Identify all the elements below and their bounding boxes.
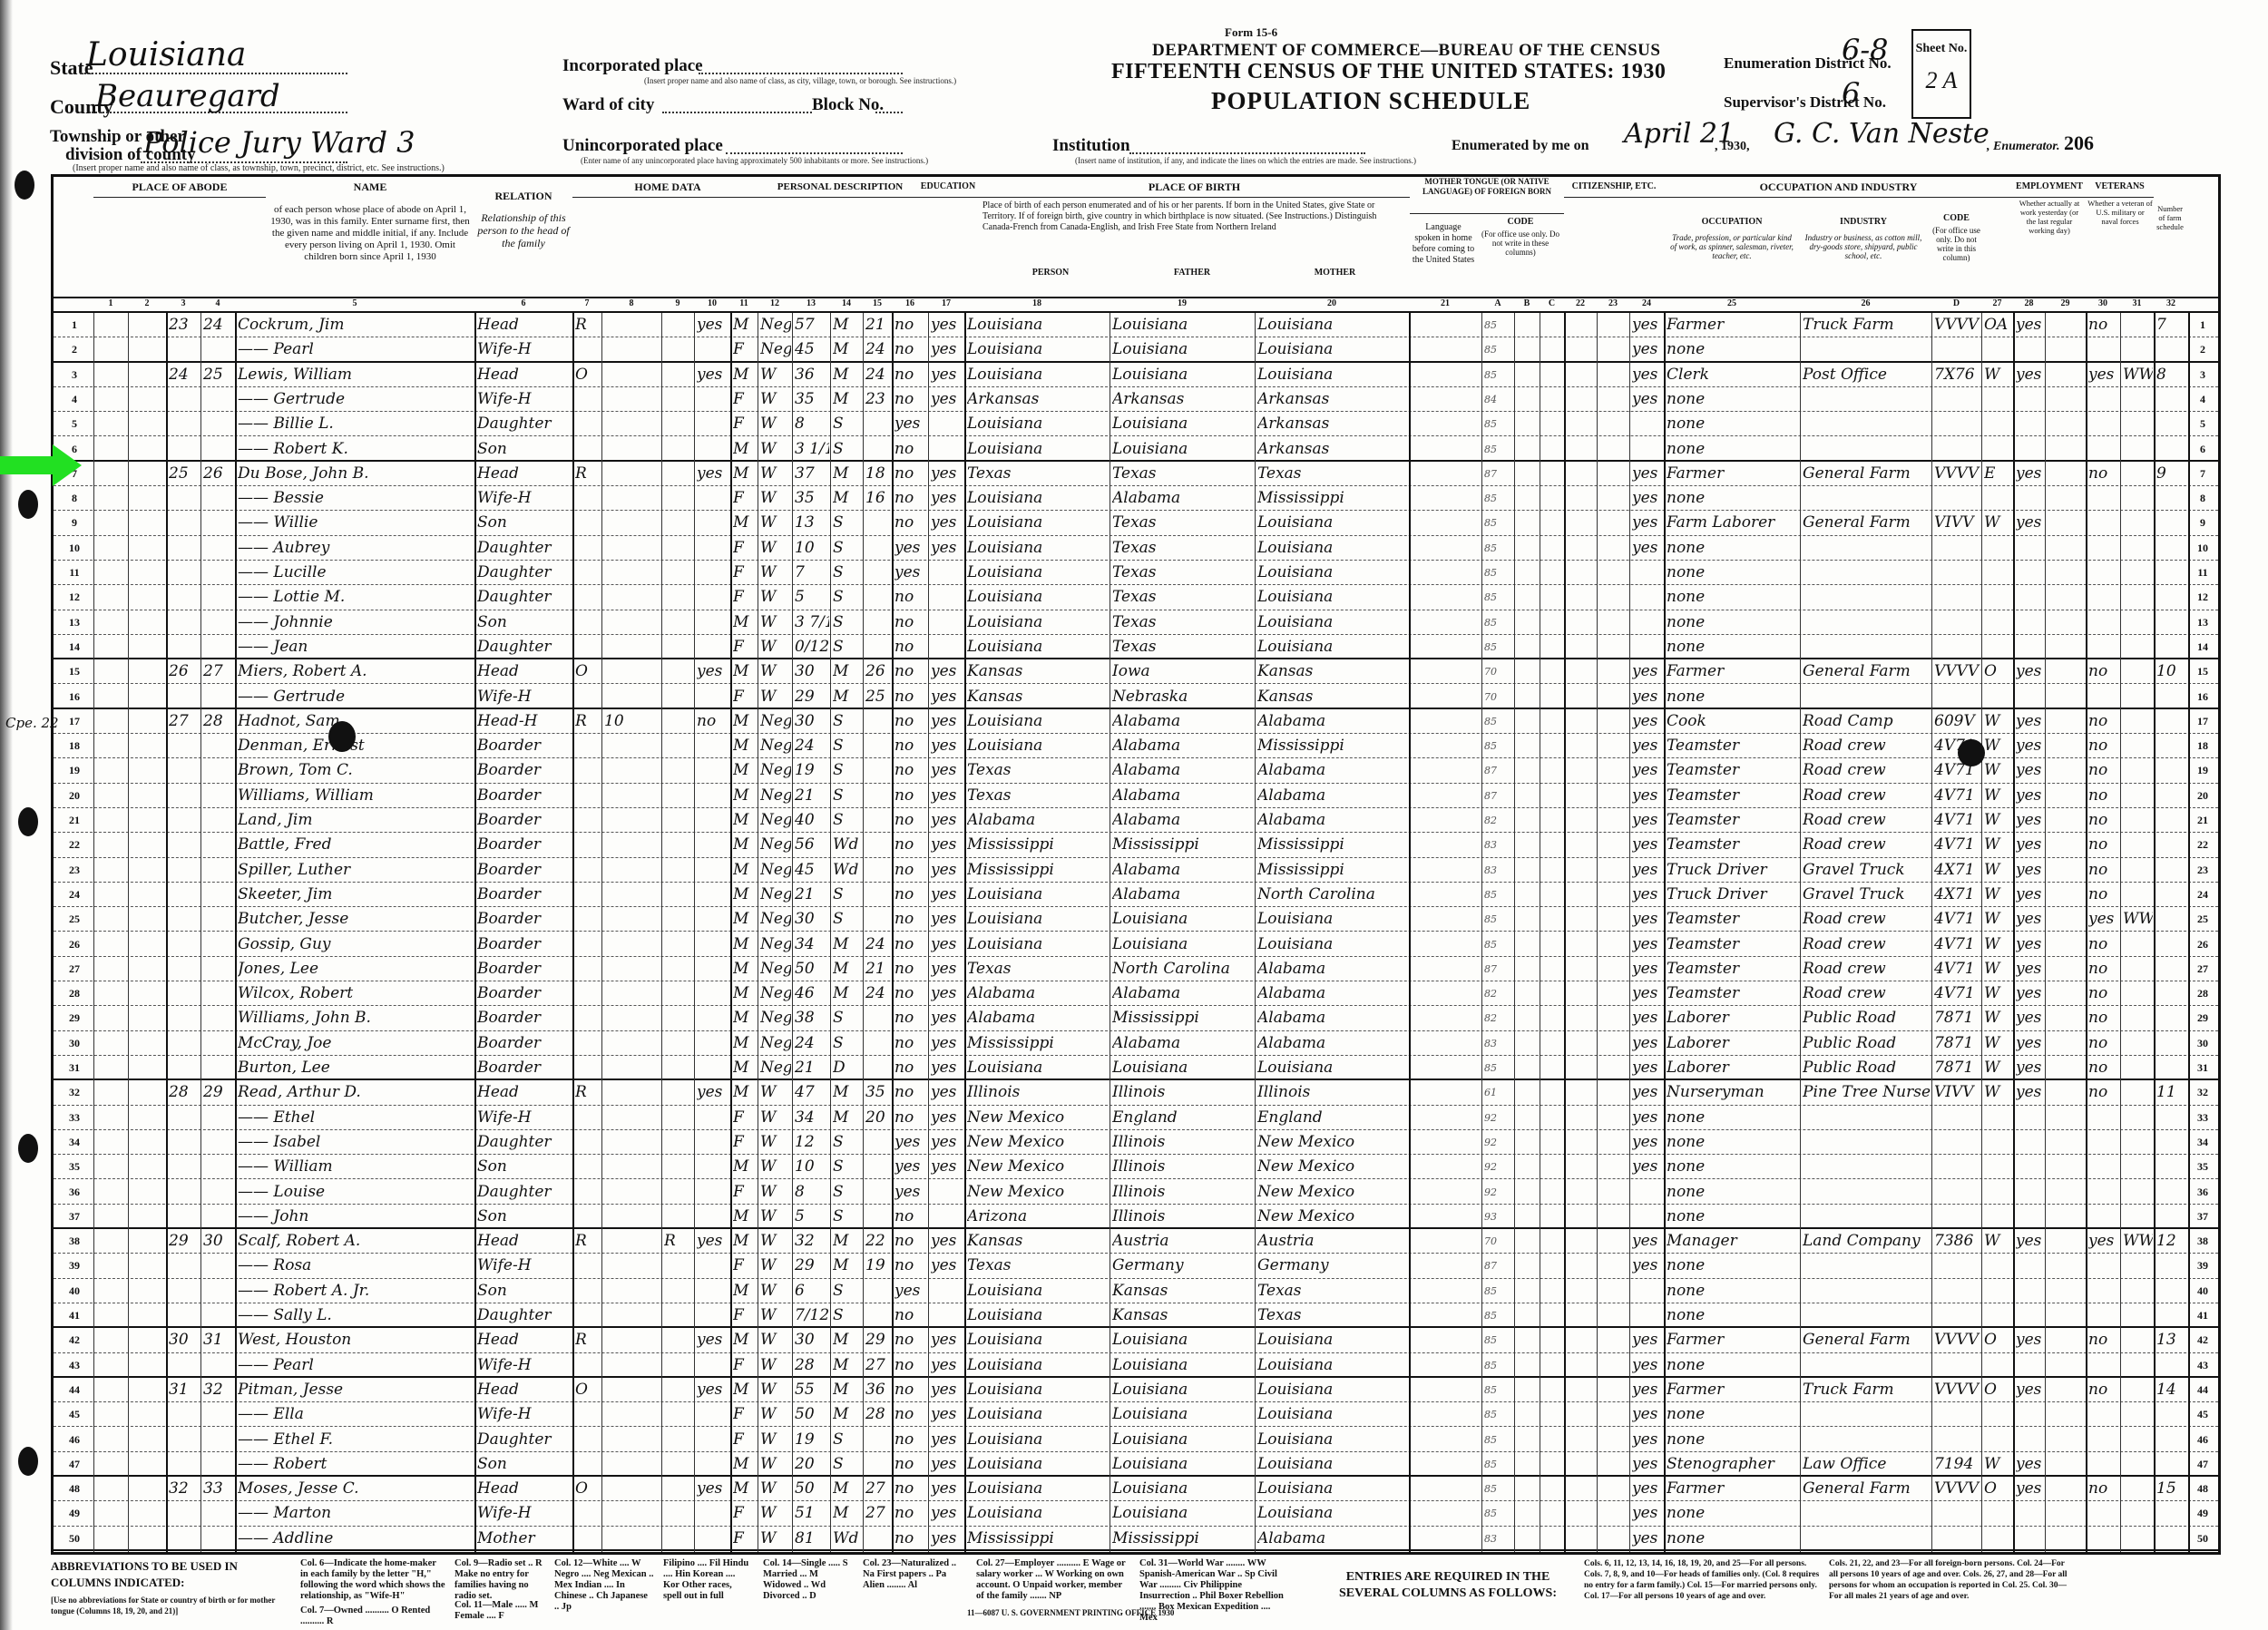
cell-radio: [664, 1155, 693, 1178]
cell-class: [1984, 1353, 2012, 1376]
cell-industry: [1803, 536, 1931, 560]
cell-age: 57: [795, 313, 829, 337]
cell-radio: [664, 1130, 693, 1154]
cell-marital: S: [833, 808, 862, 832]
cell-code-a: 87: [1484, 957, 1513, 981]
cell-at-work: [2016, 1501, 2044, 1525]
township-note: (Insert proper name and also name of cla…: [73, 163, 445, 173]
column-divider: [1255, 313, 1256, 1552]
cell-family: [203, 1353, 234, 1376]
cell-code-a: 85: [1484, 932, 1513, 956]
cell-code: 7871: [1934, 1031, 1980, 1055]
column-divider: [928, 313, 929, 1552]
cell-race: W: [760, 1477, 791, 1500]
cell-dwelling: [169, 883, 200, 906]
cell-dwelling: [169, 1254, 200, 1277]
col-person: PERSON: [982, 268, 1119, 278]
cell-war: [2123, 709, 2153, 733]
cell-radio: [664, 1378, 693, 1401]
column-number: 32: [2154, 297, 2188, 311]
cell-family: [203, 1428, 234, 1451]
cell-mother: England: [1257, 1106, 1408, 1129]
cell-code-a: 85: [1484, 907, 1513, 931]
cell-mother: Alabama: [1257, 808, 1408, 832]
sheet-value: 2 A: [1913, 67, 1970, 94]
cell-dwelling: [169, 585, 200, 609]
cell-race: W: [760, 659, 791, 683]
cell-owned: [575, 1031, 601, 1055]
cell-class: [1984, 1205, 2012, 1227]
township-value: Police Jury Ward 3: [143, 125, 415, 160]
cell-mother: Mississippi: [1257, 486, 1408, 510]
cell-race: Neg: [760, 313, 791, 337]
cell-at-work: [2016, 585, 2044, 609]
binding-hole: [18, 1134, 38, 1163]
footer-col23: Col. 23—Naturalized .. Na First papers .…: [863, 1558, 963, 1591]
cell-dwelling: [169, 1303, 200, 1326]
cell-value: [604, 610, 660, 634]
cell-family: [203, 808, 234, 832]
cell-name: Skeeter, Jim: [238, 883, 474, 906]
cell-dwelling: [169, 932, 200, 956]
cell-vet: [2088, 486, 2119, 510]
cell-mother: Louisiana: [1257, 610, 1408, 634]
cell-radio: [664, 907, 693, 931]
cell-mother: Arkansas: [1257, 412, 1408, 435]
column-number: 2: [128, 297, 166, 311]
cell-farm-sched: [2156, 883, 2187, 906]
column-number: 20: [1255, 297, 1409, 311]
cell-industry: Road crew: [1803, 734, 1931, 757]
cell-age-marriage: 27: [865, 1477, 891, 1500]
cell-line: 42: [56, 1328, 93, 1352]
cell-read: yes: [931, 1006, 963, 1030]
cell-relation: Boarder: [477, 1056, 572, 1079]
cell-father: Louisiana: [1112, 313, 1254, 337]
cell-code-a: 85: [1484, 883, 1513, 906]
cell-speak: yes: [1632, 536, 1663, 560]
cell-radio: [664, 610, 693, 634]
cell-family: 25: [203, 363, 234, 386]
cell-value: [604, 1130, 660, 1154]
cell-relation: Son: [477, 1279, 572, 1303]
cell-code-a: 85: [1484, 337, 1513, 360]
cell-farm: [697, 1031, 729, 1055]
cell-class: O: [1984, 659, 2012, 683]
cell-farm-sched: [2156, 437, 2187, 460]
table-row: 6—— Robert K.SonMW3 1/12SnoLouisianaLoui…: [54, 437, 2218, 462]
cell-code-a: 87: [1484, 462, 1513, 485]
cell-line: 5: [2191, 412, 2214, 435]
margin-note: Cpe. 22: [5, 715, 59, 731]
cell-owned: [575, 387, 601, 411]
cell-occupation: none: [1667, 337, 1799, 360]
cell-age: 34: [795, 1106, 829, 1129]
cell-class: W: [1984, 957, 2012, 981]
cell-family: [203, 1130, 234, 1154]
cell-radio: [664, 709, 693, 733]
cell-name: —— Pearl: [238, 1353, 474, 1376]
cell-line: 25: [56, 907, 93, 931]
cell-occupation: Truck Driver: [1667, 883, 1799, 906]
cell-sex: M: [733, 1155, 757, 1178]
cell-age: 55: [795, 1378, 829, 1401]
cell-age-marriage: [865, 437, 891, 460]
cell-farm: yes: [697, 1328, 729, 1352]
cell-farm-sched: [2156, 1130, 2187, 1154]
col-language: Language spoken in home before coming to…: [1412, 222, 1475, 266]
cell-dwelling: 28: [169, 1080, 200, 1104]
incorporated-line: [699, 73, 903, 74]
cell-owned: [575, 734, 601, 757]
table-row: 11—— LucilleDaughterFW7SyesLouisianaTexa…: [54, 561, 2218, 585]
cell-age: 21: [795, 1056, 829, 1079]
cell-at-work: [2016, 337, 2044, 360]
cell-code: 4V71: [1934, 784, 1980, 807]
cell-industry: [1803, 1303, 1931, 1326]
cell-age: 29: [795, 685, 829, 708]
cell-speak: [1632, 610, 1663, 634]
cell-family: [203, 1031, 234, 1055]
cell-read: yes: [931, 387, 963, 411]
cell-father: Louisiana: [1112, 1477, 1254, 1500]
cell-war: [2123, 1452, 2153, 1475]
cell-code-a: 85: [1484, 1328, 1513, 1352]
cell-family: [203, 1155, 234, 1178]
cell-marital: S: [833, 1180, 862, 1204]
cell-war: [2123, 1353, 2153, 1376]
cell-age-marriage: 36: [865, 1378, 891, 1401]
cell-dwelling: [169, 610, 200, 634]
cell-code: VIVV: [1934, 1080, 1980, 1104]
column-number: 31: [2120, 297, 2154, 311]
column-divider: [200, 313, 201, 1552]
cell-farm: yes: [697, 462, 729, 485]
cell-mother: Louisiana: [1257, 1501, 1408, 1525]
cell-farm: [697, 883, 729, 906]
cell-owned: [575, 981, 601, 1005]
cell-school: no: [894, 1254, 927, 1277]
cell-farm-sched: [2156, 1155, 2187, 1178]
cell-at-work: yes: [2016, 659, 2044, 683]
cell-read: [931, 561, 963, 584]
cell-name: —— Ethel F.: [238, 1428, 474, 1451]
cell-farm-sched: [2156, 1527, 2187, 1549]
cell-marital: S: [833, 709, 862, 733]
cell-relation: Daughter: [477, 1303, 572, 1326]
cell-code: VVVV: [1934, 1477, 1980, 1500]
cell-war: [2123, 1155, 2153, 1178]
table-row: 34—— IsabelDaughterFW12SyesyesNew Mexico…: [54, 1130, 2218, 1155]
cell-family: [203, 784, 234, 807]
cell-code-a: 87: [1484, 784, 1513, 807]
cell-sex: M: [733, 1452, 757, 1475]
cell-read: yes: [931, 883, 963, 906]
cell-line: 4: [56, 387, 93, 411]
cell-read: yes: [931, 1080, 963, 1104]
cell-owned: [575, 907, 601, 931]
cell-age-marriage: [865, 412, 891, 435]
cell-class: [1984, 1279, 2012, 1303]
cell-code: 4X71: [1934, 858, 1980, 882]
cell-school: no: [894, 610, 927, 634]
cell-at-work: [2016, 1428, 2044, 1451]
column-divider: [1597, 313, 1598, 1552]
cell-line: 49: [56, 1501, 93, 1525]
table-row: 443132Pitman, JesseHeadOyesMW55M36noyesL…: [54, 1378, 2218, 1402]
cell-mother: New Mexico: [1257, 1130, 1408, 1154]
cell-code-a: 70: [1484, 685, 1513, 708]
cell-sex: F: [733, 536, 757, 560]
cell-class: [1984, 610, 2012, 634]
cell-birth: Louisiana: [967, 585, 1109, 609]
cell-sex: M: [733, 511, 757, 534]
column-divider: [93, 313, 94, 1552]
cell-read: yes: [931, 907, 963, 931]
cell-father: Illinois: [1112, 1080, 1254, 1104]
cell-owned: [575, 1180, 601, 1204]
column-number: C: [1540, 297, 1564, 311]
cell-line: 15: [2191, 659, 2214, 683]
cell-vet: no: [2088, 784, 2119, 807]
cell-father: Louisiana: [1112, 907, 1254, 931]
cell-at-work: [2016, 387, 2044, 411]
cell-vet: no: [2088, 833, 2119, 856]
cell-dwelling: [169, 1402, 200, 1426]
cell-war: [2123, 1080, 2153, 1104]
cell-age-marriage: [865, 808, 891, 832]
cell-marital: Wd: [833, 1527, 862, 1549]
cell-sex: F: [733, 1254, 757, 1277]
cell-age: 10: [795, 1155, 829, 1178]
institution-label: Institution: [1052, 136, 1130, 156]
cell-class: W: [1984, 1229, 2012, 1253]
cell-line: 27: [56, 957, 93, 981]
cell-owned: [575, 685, 601, 708]
cell-line: 37: [2191, 1205, 2214, 1227]
cell-sex: F: [733, 1303, 757, 1326]
cell-read: yes: [931, 363, 963, 386]
block-line: [875, 112, 903, 113]
cell-speak: yes: [1632, 1378, 1663, 1401]
cell-farm: [697, 1527, 729, 1549]
cell-war: [2123, 1279, 2153, 1303]
cell-class: W: [1984, 858, 2012, 882]
column-number: 8: [601, 297, 661, 311]
cell-marital: S: [833, 1279, 862, 1303]
unincorporated-note: (Enter name of any unincorporated place …: [581, 156, 928, 165]
cell-mother: New Mexico: [1257, 1205, 1408, 1227]
cell-war: [2123, 486, 2153, 510]
cell-age: 24: [795, 1031, 829, 1055]
cell-read: yes: [931, 833, 963, 856]
cell-war: [2123, 1501, 2153, 1525]
cell-dwelling: [169, 858, 200, 882]
group-veterans: VETERANS: [2086, 177, 2154, 198]
cell-occupation: Laborer: [1667, 1006, 1799, 1030]
cell-relation: Son: [477, 437, 572, 460]
cell-at-work: [2016, 1353, 2044, 1376]
cell-school: no: [894, 1303, 927, 1326]
cell-sex: F: [733, 1130, 757, 1154]
cell-occupation: none: [1667, 1527, 1799, 1549]
cell-marital: S: [833, 1428, 862, 1451]
cell-read: yes: [931, 1328, 963, 1352]
cell-relation: Boarder: [477, 883, 572, 906]
cell-code: 4V71: [1934, 808, 1980, 832]
cell-radio: [664, 1428, 693, 1451]
cell-code: 7X76: [1934, 363, 1980, 386]
cell-industry: Land Company: [1803, 1229, 1931, 1253]
cell-at-work: yes: [2016, 1477, 2044, 1500]
cell-father: Texas: [1112, 585, 1254, 609]
cell-owned: [575, 1254, 601, 1277]
cell-occupation: Teamster: [1667, 833, 1799, 856]
cell-marital: M: [833, 387, 862, 411]
cell-industry: Law Office: [1803, 1452, 1931, 1475]
cell-father: Louisiana: [1112, 1056, 1254, 1079]
cell-school: yes: [894, 1130, 927, 1154]
cell-marital: S: [833, 635, 862, 658]
cell-war: [2123, 734, 2153, 757]
cell-age-marriage: [865, 858, 891, 882]
cell-dwelling: [169, 734, 200, 757]
cell-occupation: none: [1667, 437, 1799, 460]
cell-value: [604, 981, 660, 1005]
cell-race: Neg: [760, 758, 791, 782]
cell-marital: S: [833, 437, 862, 460]
cell-industry: [1803, 486, 1931, 510]
cell-value: [604, 659, 660, 683]
cell-code-a: 85: [1484, 486, 1513, 510]
cell-sex: F: [733, 1501, 757, 1525]
cell-father: Texas: [1112, 610, 1254, 634]
cell-occupation: none: [1667, 486, 1799, 510]
cell-value: [604, 635, 660, 658]
cell-age: 46: [795, 981, 829, 1005]
cell-birth: Louisiana: [967, 486, 1109, 510]
cell-marital: S: [833, 561, 862, 584]
cell-mother: Alabama: [1257, 758, 1408, 782]
table-row: 26Gossip, GuyBoarderMNeg34M24noyesLouisi…: [54, 932, 2218, 957]
cell-code: [1934, 1428, 1980, 1451]
cell-vet: [2088, 412, 2119, 435]
cell-father: Louisiana: [1112, 1452, 1254, 1475]
table-row: 172728Hadnot, SamHead-HR10noMNeg30Snoyes…: [54, 709, 2218, 734]
cell-age-marriage: 19: [865, 1254, 891, 1277]
cell-code: [1934, 1254, 1980, 1277]
cell-sex: F: [733, 486, 757, 510]
cell-relation: Wife-H: [477, 1402, 572, 1426]
col-industry-text: Industry or business, as cotton mill, dr…: [1800, 233, 1927, 260]
cell-industry: [1803, 635, 1931, 658]
cell-relation: Wife-H: [477, 1501, 572, 1525]
cell-code-a: 85: [1484, 734, 1513, 757]
cell-birth: Kansas: [967, 659, 1109, 683]
cell-value: [604, 486, 660, 510]
table-row: 382930Scalf, Robert A.HeadRRyesMW32M22no…: [54, 1229, 2218, 1254]
cell-vet: [2088, 1303, 2119, 1326]
cell-vet: no: [2088, 758, 2119, 782]
cell-birth: Alabama: [967, 808, 1109, 832]
cell-line: 30: [56, 1031, 93, 1055]
cell-code: [1934, 1303, 1980, 1326]
cell-farm: [697, 1205, 729, 1227]
cell-value: [604, 1303, 660, 1326]
cell-marital: S: [833, 907, 862, 931]
cell-line: 24: [2191, 883, 2214, 906]
cell-school: no: [894, 883, 927, 906]
cell-war: [2123, 685, 2153, 708]
cell-class: W: [1984, 363, 2012, 386]
cell-industry: General Farm: [1803, 462, 1931, 485]
cell-read: yes: [931, 808, 963, 832]
cell-marital: M: [833, 462, 862, 485]
cell-class: W: [1984, 1056, 2012, 1079]
cell-vet: no: [2088, 734, 2119, 757]
cell-farm-sched: [2156, 1006, 2187, 1030]
cell-birth: Louisiana: [967, 1452, 1109, 1475]
cell-relation: Daughter: [477, 1130, 572, 1154]
cell-vet: [2088, 387, 2119, 411]
cell-race: Neg: [760, 808, 791, 832]
cell-speak: [1632, 561, 1663, 584]
cell-line: 19: [56, 758, 93, 782]
cell-marital: M: [833, 363, 862, 386]
cell-vet: yes: [2088, 363, 2119, 386]
cell-owned: R: [575, 1080, 601, 1104]
cell-mother: Arkansas: [1257, 387, 1408, 411]
cell-speak: [1632, 1303, 1663, 1326]
cell-marital: M: [833, 932, 862, 956]
cell-age-marriage: 24: [865, 932, 891, 956]
cell-sex: M: [733, 808, 757, 832]
cell-value: [604, 1328, 660, 1352]
cell-sex: F: [733, 1428, 757, 1451]
cell-school: no: [894, 1353, 927, 1376]
cell-age-marriage: [865, 1452, 891, 1475]
cell-age-marriage: [865, 536, 891, 560]
cell-owned: [575, 1130, 601, 1154]
cell-war: [2123, 1328, 2153, 1352]
cell-name: Gossip, Guy: [238, 932, 474, 956]
cell-family: [203, 337, 234, 360]
cell-sex: M: [733, 981, 757, 1005]
cell-code-a: 82: [1484, 808, 1513, 832]
table-header: PLACE OF ABODE NAME RELATION HOME DATA P…: [54, 177, 2218, 298]
cell-marital: S: [833, 784, 862, 807]
cell-occupation: none: [1667, 1501, 1799, 1525]
cell-father: Louisiana: [1112, 337, 1254, 360]
cell-speak: yes: [1632, 833, 1663, 856]
cell-line: 22: [2191, 833, 2214, 856]
cell-line: 26: [56, 932, 93, 956]
cell-occupation: none: [1667, 1303, 1799, 1326]
cell-class: W: [1984, 833, 2012, 856]
cell-value: [604, 387, 660, 411]
ink-blot: [328, 721, 356, 752]
cell-industry: Truck Farm: [1803, 313, 1931, 337]
cell-vet: no: [2088, 709, 2119, 733]
cell-war: [2123, 1031, 2153, 1055]
cell-relation: Head: [477, 1229, 572, 1253]
cell-birth: Louisiana: [967, 883, 1109, 906]
cell-farm-sched: [2156, 1501, 2187, 1525]
cell-marital: M: [833, 659, 862, 683]
cell-occupation: Teamster: [1667, 981, 1799, 1005]
cell-line: 43: [2191, 1353, 2214, 1376]
cell-read: yes: [931, 1501, 963, 1525]
